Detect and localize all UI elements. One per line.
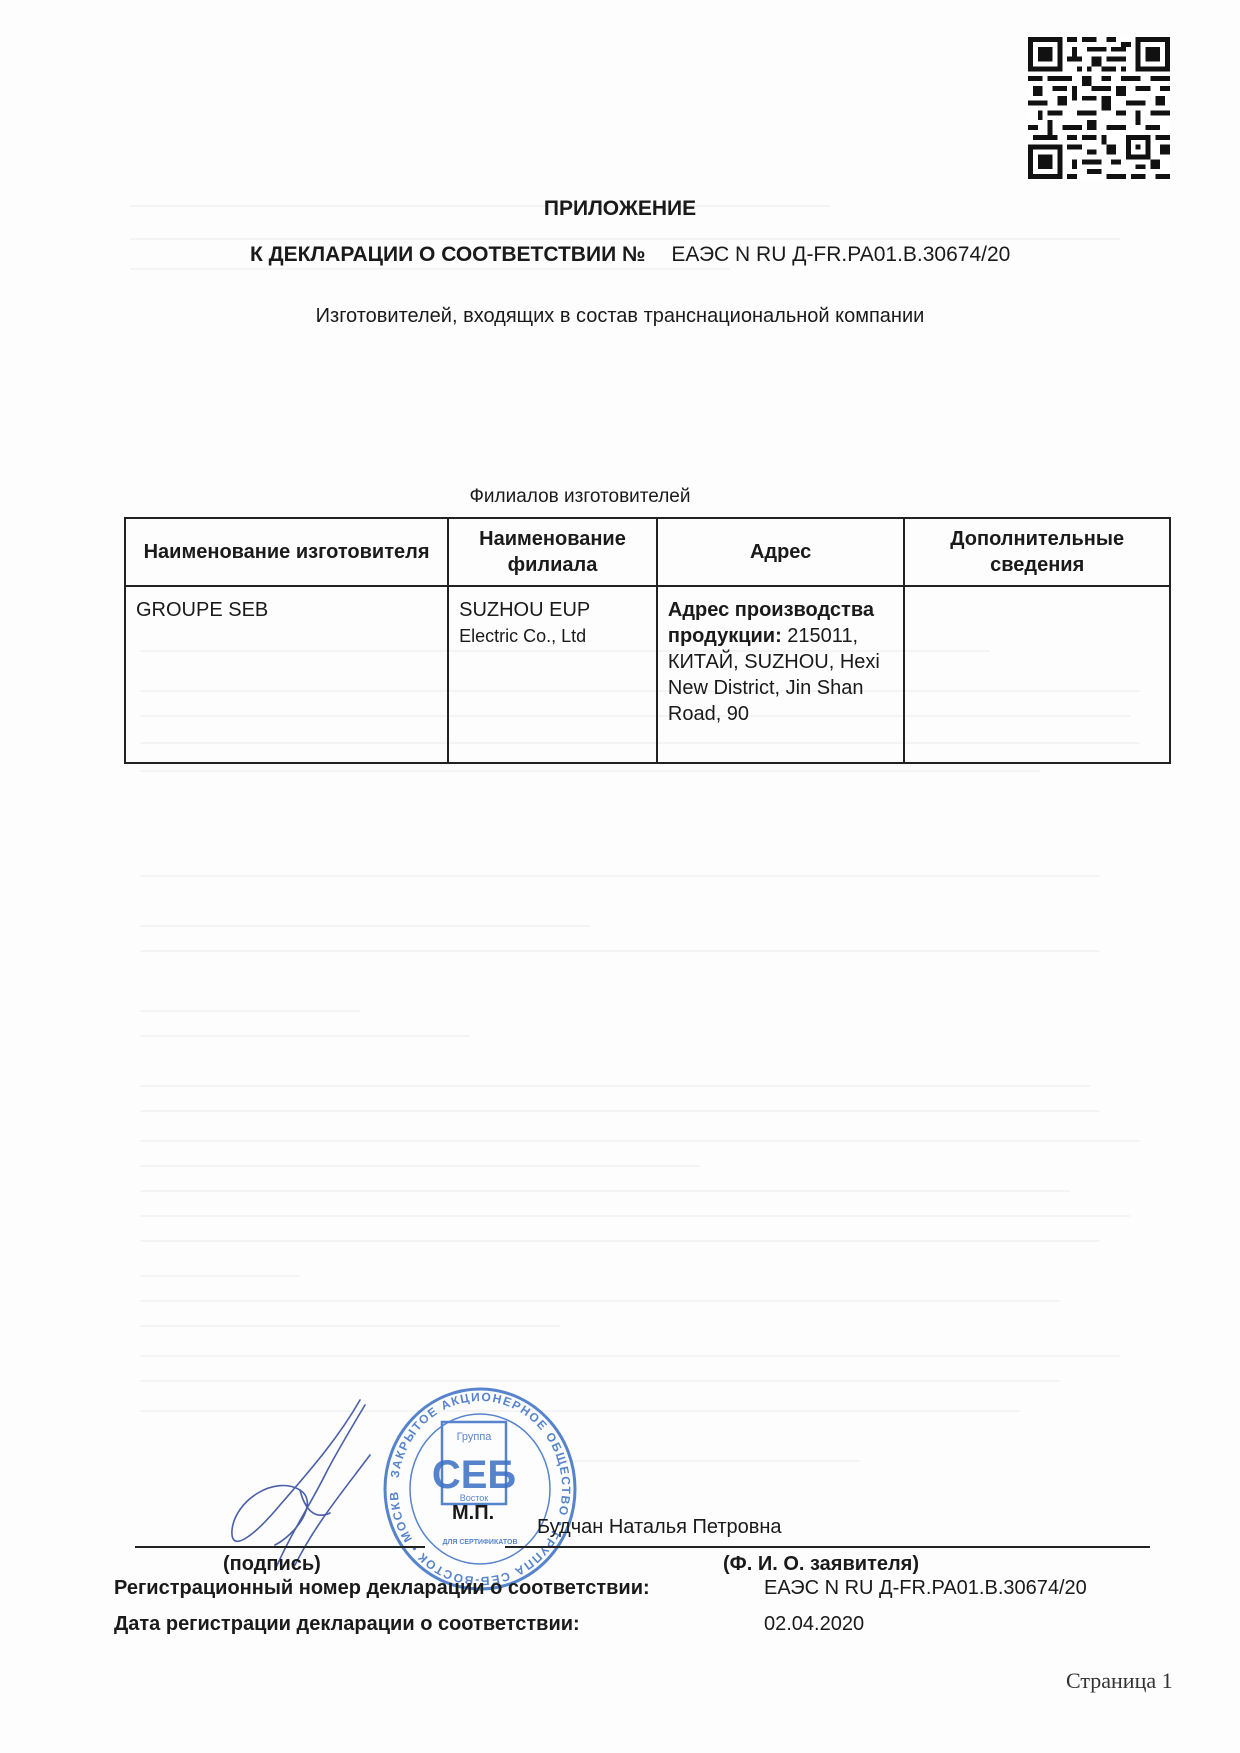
qr-code-icon xyxy=(1028,37,1170,179)
cell-branch: SUZHOU EUP Electric Co., Ltd xyxy=(448,586,657,763)
signature-line xyxy=(135,1546,425,1548)
registration-number-label: Регистрационный номер декларации о соотв… xyxy=(114,1577,650,1600)
table-row: GROUPE SEB SUZHOU EUP Electric Co., Ltd … xyxy=(125,586,1170,763)
svg-text:Группа: Группа xyxy=(457,1431,493,1443)
svg-text:СЕБ: СЕБ xyxy=(432,1453,516,1497)
signature-caption: (подпись) xyxy=(223,1553,321,1576)
applicant-name-line xyxy=(505,1546,1150,1548)
document-title: ПРИЛОЖЕНИЕ xyxy=(0,197,1240,221)
branch-name: SUZHOU EUP xyxy=(459,597,646,623)
declaration-heading: К ДЕКЛАРАЦИИ О СООТВЕТСТВИИ №ЕАЭС N RU Д… xyxy=(250,243,1010,267)
cell-manufacturer: GROUPE SEB xyxy=(125,586,448,763)
document-subtitle: Изготовителей, входящих в состав трансна… xyxy=(0,305,1240,328)
header-branch: Наименование филиала xyxy=(448,518,657,586)
registration-date-value: 02.04.2020 xyxy=(764,1613,864,1636)
svg-text:ДЛЯ СЕРТИФИКАТОВ: ДЛЯ СЕРТИФИКАТОВ xyxy=(442,1539,517,1546)
handwritten-signature xyxy=(220,1395,400,1575)
table-caption: Филиалов изготовителей xyxy=(0,486,1160,508)
cell-additional-info xyxy=(904,586,1170,763)
table-header-row: Наименование изготовителя Наименование ф… xyxy=(125,518,1170,586)
declaration-number: ЕАЭС N RU Д-FR.PA01.В.30674/20 xyxy=(671,243,1010,266)
header-additional-info: Дополнительные сведения xyxy=(904,518,1170,586)
applicant-name: Будчан Наталья Петровна xyxy=(537,1516,782,1539)
branch-company: Electric Co., Ltd xyxy=(459,623,646,649)
applicant-name-caption: (Ф. И. О. заявителя) xyxy=(723,1553,919,1576)
registration-number-value: ЕАЭС N RU Д-FR.PA01.В.30674/20 xyxy=(764,1577,1087,1600)
registration-date-label: Дата регистрации декларации о соответств… xyxy=(114,1613,580,1636)
company-stamp: ЗАКРЫТОЕ АКЦИОНЕРНОЕ ОБЩЕСТВО • ГРУППА С… xyxy=(380,1384,580,1594)
header-address: Адрес xyxy=(657,518,905,586)
stamp-mark-label: М.П. xyxy=(452,1502,494,1525)
branches-table: Наименование изготовителя Наименование ф… xyxy=(124,517,1171,764)
page-number: Страница 1 xyxy=(1066,1668,1173,1694)
cell-address: Адрес производства продукции: 215011, КИ… xyxy=(657,586,905,763)
header-manufacturer: Наименование изготовителя xyxy=(125,518,448,586)
declaration-label: К ДЕКЛАРАЦИИ О СООТВЕТСТВИИ № xyxy=(250,243,645,266)
